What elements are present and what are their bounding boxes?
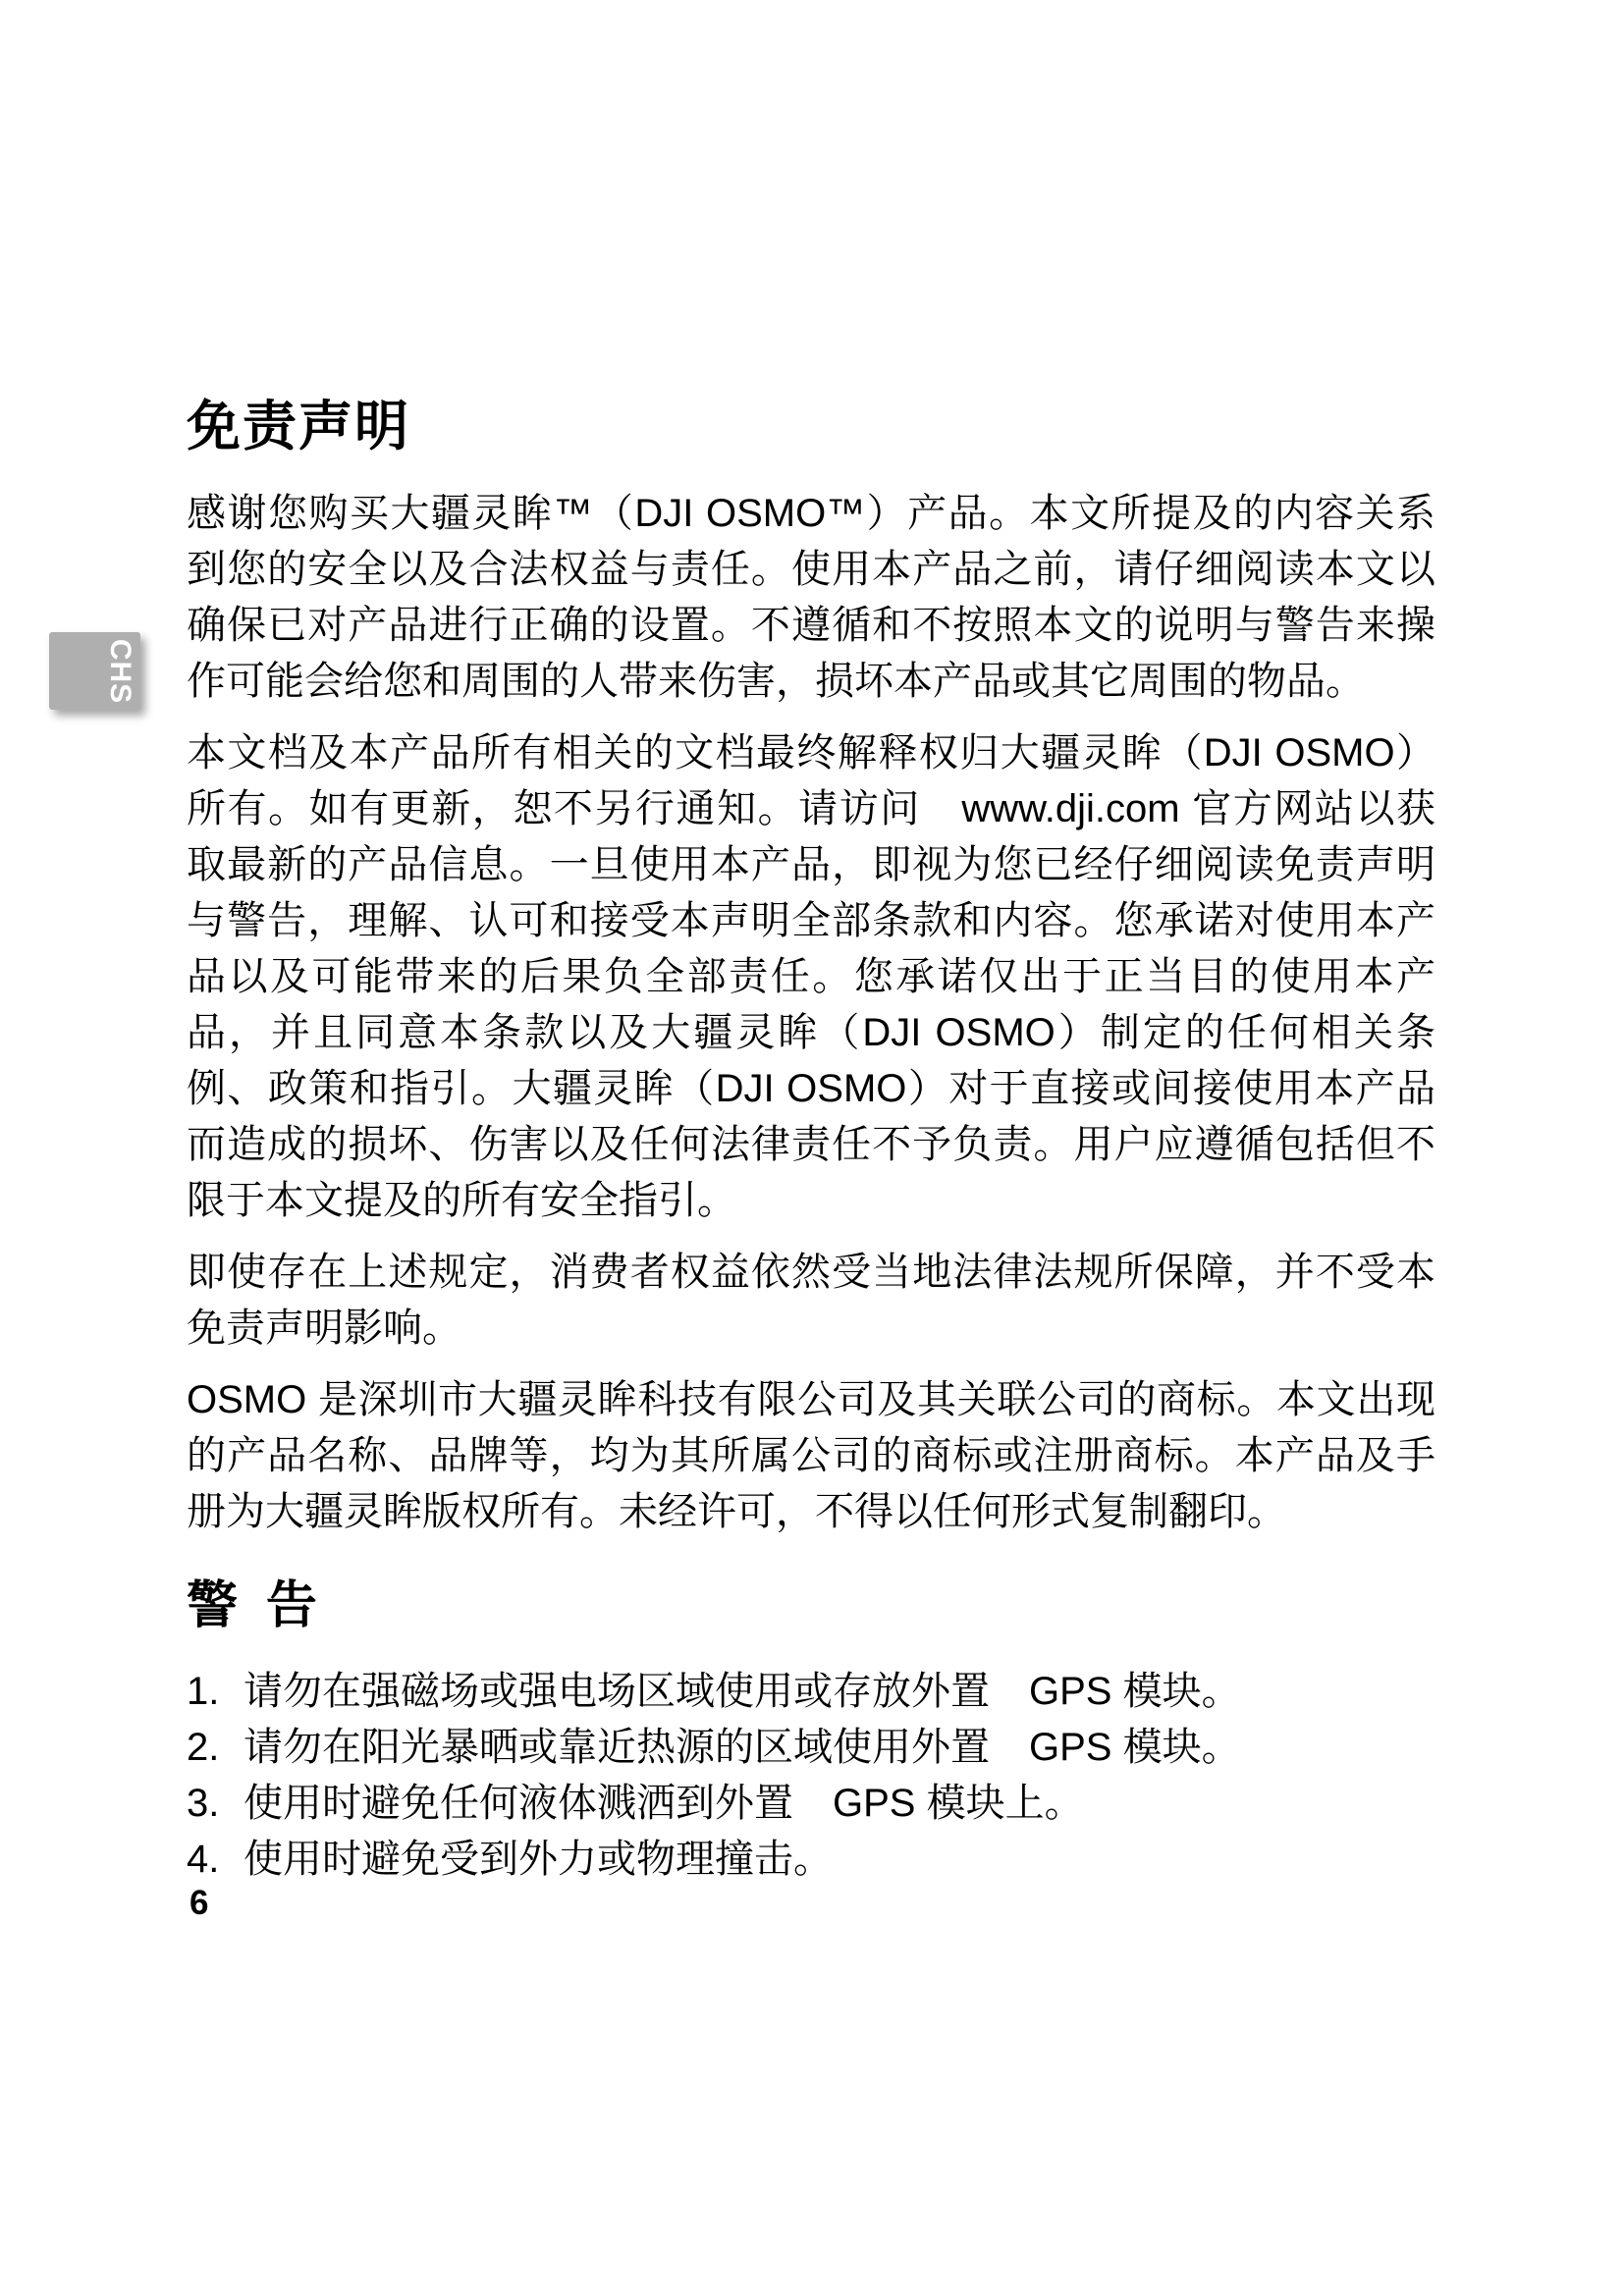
- disclaimer-paragraph: 感谢您购买大疆灵眸™（DJI OSMO™）产品。本文所提及的内容关系到您的安全以…: [187, 486, 1435, 710]
- warning-item-text: 使用时避免任何液体溅洒到外置 GPS 模块上。: [244, 1776, 1435, 1832]
- language-tab-label: CHS: [103, 638, 136, 703]
- disclaimer-paragraph: 本文档及本产品所有相关的文档最终解释权归大疆灵眸（DJI OSMO）所有。如有更…: [187, 725, 1435, 1229]
- warning-list-item: 4. 使用时避免受到外力或物理撞击。: [187, 1832, 1435, 1888]
- warning-item-number: 2.: [187, 1720, 244, 1776]
- disclaimer-paragraph: 即使存在上述规定，消费者权益依然受当地法律法规所保障，并不受本免责声明影响。: [187, 1245, 1435, 1357]
- warning-item-text: 使用时避免受到外力或物理撞击。: [244, 1832, 1435, 1888]
- manual-page: CHS 免责声明 感谢您购买大疆灵眸™（DJI OSMO™）产品。本文所提及的内…: [0, 0, 1624, 2296]
- disclaimer-paragraph: OSMO 是深圳市大疆灵眸科技有限公司及其关联公司的商标。本文出现的产品名称、品…: [187, 1372, 1435, 1540]
- language-tab-chs: CHS: [49, 632, 140, 710]
- page-content: 免责声明 感谢您购买大疆灵眸™（DJI OSMO™）产品。本文所提及的内容关系到…: [187, 0, 1435, 1888]
- warning-list-item: 3. 使用时避免任何液体溅洒到外置 GPS 模块上。: [187, 1776, 1435, 1832]
- disclaimer-paragraphs: 感谢您购买大疆灵眸™（DJI OSMO™）产品。本文所提及的内容关系到您的安全以…: [187, 486, 1435, 1540]
- warning-item-number: 3.: [187, 1776, 244, 1832]
- disclaimer-title: 免责声明: [187, 0, 1435, 456]
- warning-list: 1. 请勿在强磁场或强电场区域使用或存放外置 GPS 模块。 2. 请勿在阳光暴…: [187, 1664, 1435, 1888]
- warning-list-item: 2. 请勿在阳光暴晒或靠近热源的区域使用外置 GPS 模块。: [187, 1720, 1435, 1776]
- warning-item-number: 1.: [187, 1664, 244, 1720]
- warning-item-text: 请勿在阳光暴晒或靠近热源的区域使用外置 GPS 模块。: [244, 1720, 1435, 1776]
- warning-item-number: 4.: [187, 1832, 244, 1888]
- page-number: 6: [189, 1883, 208, 1924]
- warning-title: 警 告: [187, 1575, 1435, 1636]
- warning-item-text: 请勿在强磁场或强电场区域使用或存放外置 GPS 模块。: [244, 1664, 1435, 1720]
- warning-list-item: 1. 请勿在强磁场或强电场区域使用或存放外置 GPS 模块。: [187, 1664, 1435, 1720]
